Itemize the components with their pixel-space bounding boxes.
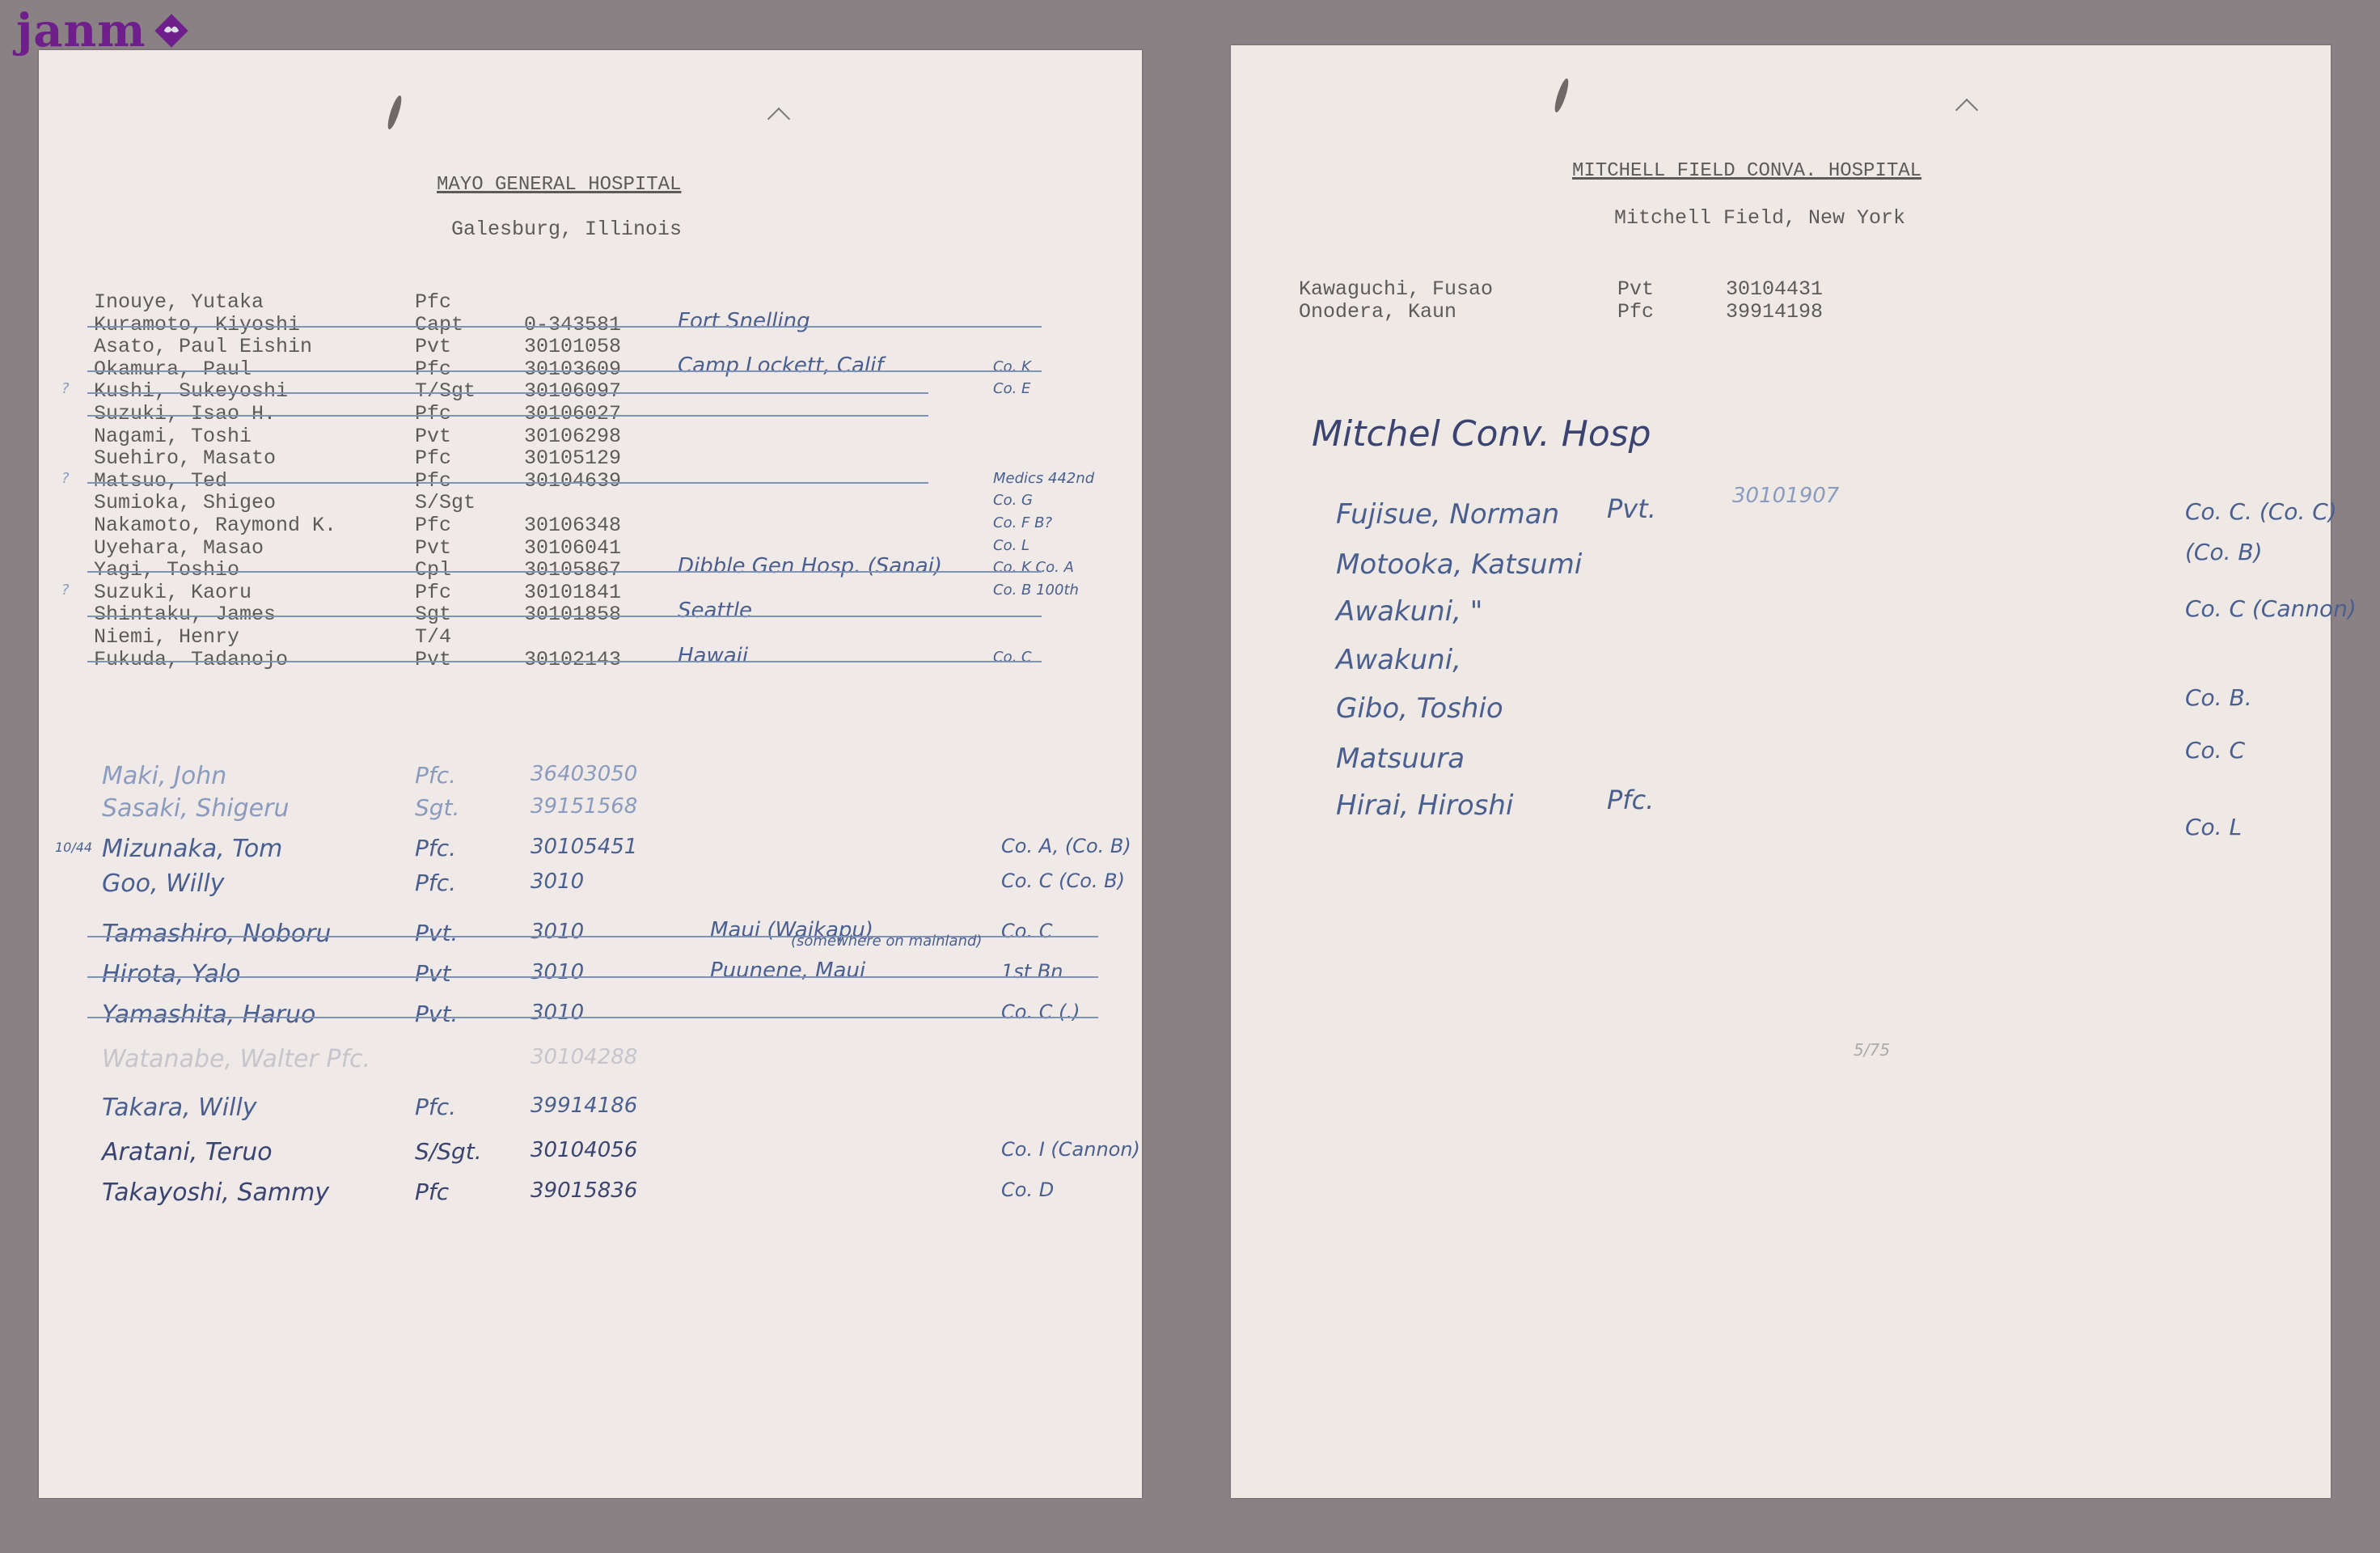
serial-number: 30105129	[524, 447, 621, 470]
company-note: 1st Bn	[1001, 960, 1063, 983]
soldier-name: Takara, Willy	[102, 1094, 257, 1122]
page-location: Mitchell Field, New York	[1614, 207, 1905, 230]
serial-number: 30102143	[524, 649, 621, 671]
company-note: Co. K Co. A	[993, 559, 1074, 576]
soldier-name: Inouye, Yutaka	[94, 291, 264, 314]
soldier-name: Motooka, Katsumi	[1336, 548, 1582, 581]
soldier-name: Yamashita, Haruo	[102, 1001, 315, 1029]
soldier-name: Fujisue, Norman	[1336, 498, 1559, 531]
margin-mark: ?	[61, 470, 70, 487]
serial-number: 39914198	[1726, 301, 1823, 324]
serial-number: 39015836	[531, 1179, 637, 1203]
company-note: Co. L	[2185, 814, 2242, 840]
soldier-name: Kushi, Sukeyoshi	[94, 380, 288, 403]
serial-number: 3010	[531, 920, 584, 944]
location-note: Camp Lockett, Calif	[678, 353, 884, 378]
soldier-name: Aratani, Teruo	[102, 1138, 273, 1166]
soldier-name: Fukuda, Tadanojo	[94, 649, 288, 671]
location-note: Hawaii	[678, 644, 748, 668]
serial-number: 30105867	[524, 559, 621, 582]
company-note: Medics 442nd	[993, 470, 1094, 487]
strikethrough-line	[87, 976, 1098, 978]
soldier-name: Watanabe, Walter Pfc.	[102, 1045, 370, 1073]
rank: Pfc.	[415, 762, 456, 789]
strikethrough-line	[87, 370, 1042, 372]
company-note: Co. A, (Co. B)	[1001, 835, 1131, 857]
company-note: Co. C (Co. B)	[1001, 870, 1125, 892]
serial-number: 30101841	[524, 582, 621, 604]
rank: T/Sgt	[415, 380, 476, 403]
strikethrough-line	[87, 415, 928, 417]
rank: Pvt	[415, 649, 451, 671]
soldier-name: Asato, Paul Eishin	[94, 336, 312, 358]
strikethrough-line	[87, 1017, 1098, 1018]
serial-number: 30105451	[531, 835, 637, 859]
margin-mark: ?	[61, 582, 70, 599]
rank: Pfc	[415, 358, 451, 381]
serial-number: 3010	[531, 1001, 584, 1025]
rank: Pfc	[415, 582, 451, 604]
soldier-name: Nakamoto, Raymond K.	[94, 514, 336, 537]
strikethrough-line	[87, 616, 1042, 617]
rank: Pfc	[415, 1179, 449, 1205]
rank: Capt	[415, 314, 463, 336]
serial-number: 30101058	[524, 336, 621, 358]
soldier-name: Sumioka, Shigeo	[94, 492, 276, 514]
rank: Pfc.	[1607, 785, 1654, 815]
margin-date: 10/44	[55, 840, 92, 855]
soldier-name: Suzuki, Isao H.	[94, 403, 276, 425]
location-note: Puunene, Maui	[710, 958, 865, 983]
document-page-mitchell: MITCHELL FIELD CONVA. HOSPITAL Mitchell …	[1231, 45, 2331, 1498]
serial-number: 30104056	[531, 1138, 637, 1162]
punch-hole	[1552, 78, 1570, 114]
rank: Pfc	[1617, 301, 1654, 324]
handwritten-heading: Mitchel Conv. Hosp	[1312, 413, 1651, 455]
location-note: Fort Snelling	[678, 309, 810, 333]
serial-number: 3010	[531, 960, 584, 984]
strikethrough-line	[87, 571, 1042, 573]
company-note: Co. E	[993, 380, 1030, 397]
serial-number: 36403050	[531, 762, 637, 786]
serial-number: 30106041	[524, 537, 621, 560]
company-note: Co. D	[1001, 1179, 1054, 1201]
serial-number: 30106027	[524, 403, 621, 425]
strikethrough-line	[87, 326, 1042, 328]
soldier-name: Kawaguchi, Fusao	[1299, 278, 1493, 301]
rank: Pfc	[415, 403, 451, 425]
soldier-name: Suzuki, Kaoru	[94, 582, 252, 604]
company-note: Co. B 100th	[993, 582, 1079, 599]
soldier-name: Awakuni, "	[1336, 595, 1482, 628]
location-note: Seattle	[678, 599, 752, 623]
soldier-name: Uyehara, Masao	[94, 537, 264, 560]
soldier-name: Nagami, Toshi	[94, 425, 252, 448]
company-note: Co. C. (Co. C)	[2185, 498, 2337, 525]
rank: Pfc	[415, 291, 451, 314]
rank: Sgt	[415, 603, 451, 626]
strikethrough-line	[87, 482, 928, 484]
soldier-name: Tamashiro, Noboru	[102, 920, 331, 948]
punch-hole	[385, 95, 404, 131]
rank: S/Sgt	[415, 492, 476, 514]
company-note: Co. C	[993, 649, 1032, 666]
location-subnote: (somewhere on mainland)	[791, 933, 982, 950]
serial-number: 39914186	[531, 1094, 637, 1118]
soldier-name: Okamura, Paul	[94, 358, 252, 381]
serial-number: 30106298	[524, 425, 621, 448]
rank: T/4	[415, 626, 451, 649]
janm-logo: janm	[16, 8, 190, 53]
strikethrough-line	[87, 661, 1042, 662]
serial-number: 30103609	[524, 358, 621, 381]
punch-mark	[767, 108, 790, 130]
company-note: (Co. B)	[2185, 539, 2263, 565]
company-note: Co. B.	[2185, 684, 2252, 711]
serial-number: 30101907	[1732, 484, 1839, 508]
strikethrough-line	[87, 392, 928, 394]
serial-number: 30106097	[524, 380, 621, 403]
company-note: Co. K	[993, 358, 1031, 375]
rank: Pvt	[415, 425, 451, 448]
soldier-name: Shintaku, James	[94, 603, 276, 626]
serial-number: 30101858	[524, 603, 621, 626]
serial-number: 30104431	[1726, 278, 1823, 301]
rank: Pfc.	[415, 835, 456, 861]
company-note: Co. C (.)	[1001, 1001, 1080, 1023]
soldier-name: Matsuo, Ted	[94, 470, 227, 493]
document-page-mayo: MAYO GENERAL HOSPITAL Galesburg, Illinoi…	[39, 50, 1142, 1498]
soldier-name: Maki, John	[102, 762, 226, 790]
soldier-name: Sasaki, Shigeru	[102, 794, 289, 823]
soldier-name: Onodera, Kaun	[1299, 301, 1456, 324]
rank: Pfc.	[415, 1094, 456, 1120]
company-note: Co. C (Cannon)	[2185, 595, 2357, 622]
soldier-name: Hirai, Hiroshi	[1336, 789, 1513, 822]
company-note: Co. I (Cannon)	[1001, 1138, 1140, 1161]
soldier-name: Kuramoto, Kiyoshi	[94, 314, 300, 336]
company-note: Co. F B?	[993, 514, 1052, 531]
rank: Pvt	[415, 960, 450, 987]
rank: Pfc	[415, 447, 451, 470]
soldier-name: Yagi, Toshio	[94, 559, 239, 582]
soldier-name: Niemi, Henry	[94, 626, 239, 649]
location-note: Dibble Gen Hosp. (Sanai)	[678, 554, 942, 578]
page-location: Galesburg, Illinois	[451, 218, 682, 241]
soldier-name: Takayoshi, Sammy	[102, 1179, 329, 1207]
rank: Sgt.	[415, 794, 459, 821]
rank: Cpl	[415, 559, 451, 582]
serial-number: 30106348	[524, 514, 621, 537]
serial-number: 0-343581	[524, 314, 621, 336]
company-note: Co. G	[993, 492, 1033, 509]
company-note: Co. C	[2185, 737, 2245, 764]
rank: Pvt.	[415, 920, 458, 946]
rank: Pvt.	[1607, 493, 1656, 524]
page-title: MAYO GENERAL HOSPITAL	[437, 174, 681, 197]
rank: Pvt	[1617, 278, 1654, 301]
rank: Pvt	[415, 537, 451, 560]
rank: Pfc	[415, 470, 451, 493]
company-note: Co. C	[1001, 920, 1052, 942]
serial-number: 30104288	[531, 1045, 637, 1069]
soldier-name: Gibo, Toshio	[1336, 692, 1503, 725]
serial-number: 39151568	[531, 794, 637, 819]
pencil-note: 5/75	[1854, 1040, 1890, 1060]
page-title: MITCHELL FIELD CONVA. HOSPITAL	[1572, 160, 1921, 183]
rank: Pvt.	[415, 1001, 458, 1027]
soldier-name: Mizunaka, Tom	[102, 835, 282, 863]
logo-text: janm	[16, 8, 146, 53]
serial-number: 3010	[531, 870, 584, 894]
soldier-name: Suehiro, Masato	[94, 447, 276, 470]
punch-mark	[1955, 99, 1978, 121]
soldier-name: Hirota, Yalo	[102, 960, 240, 988]
rank: Pfc	[415, 514, 451, 537]
rank: Pvt	[415, 336, 451, 358]
rank: S/Sgt.	[415, 1138, 482, 1165]
margin-mark: ?	[61, 380, 70, 397]
serial-number: 30104639	[524, 470, 621, 493]
rank: Pfc.	[415, 870, 456, 896]
janm-crest-icon	[153, 12, 190, 49]
soldier-name: Awakuni,	[1336, 644, 1461, 676]
company-note: Co. L	[993, 537, 1029, 554]
soldier-name: Matsuura	[1336, 743, 1465, 775]
soldier-name: Goo, Willy	[102, 870, 224, 898]
